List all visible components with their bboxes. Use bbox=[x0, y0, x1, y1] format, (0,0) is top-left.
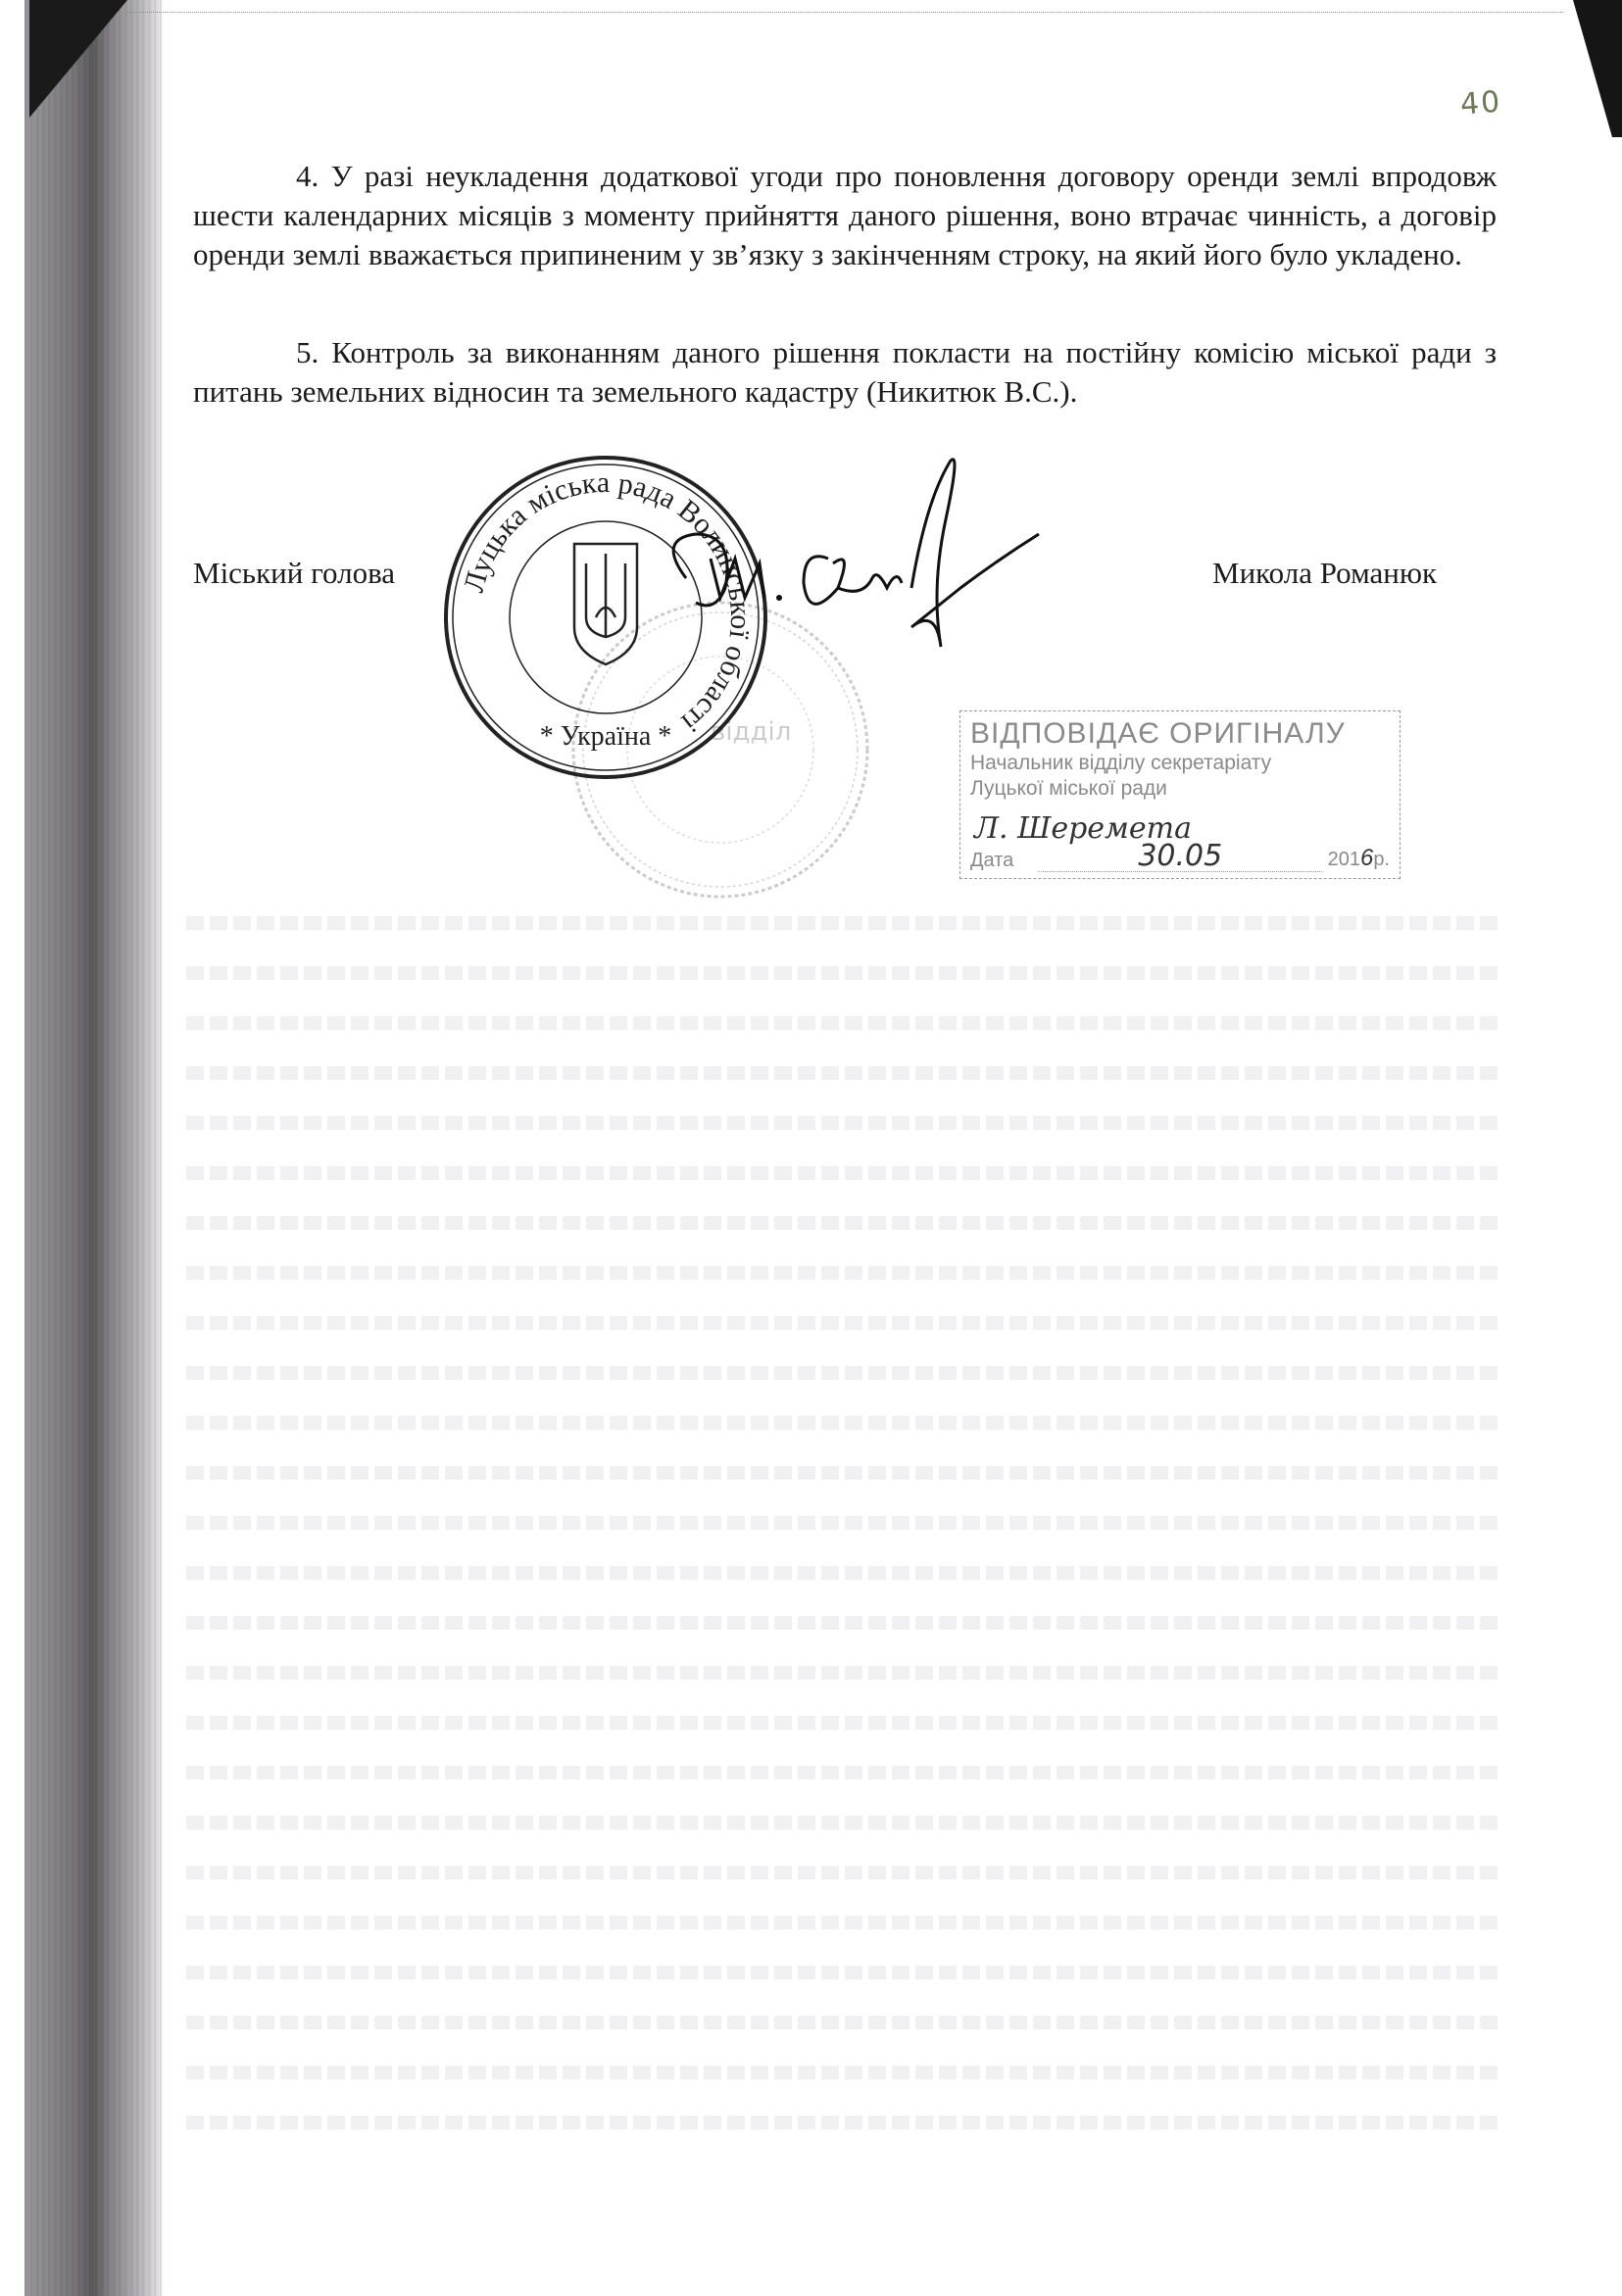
cert-year: 2016р. bbox=[1328, 845, 1390, 872]
cert-date-row: Дата 30.05 2016р. bbox=[970, 842, 1390, 872]
cert-stamp-line-1: Начальник відділу секретаріату bbox=[970, 751, 1390, 776]
cert-stamp-line-2: Луцької міської ради bbox=[970, 776, 1390, 802]
reverse-side-bleed-through bbox=[186, 916, 1499, 2220]
mayor-signature-icon bbox=[666, 441, 1137, 706]
paragraph-5-text: 5. Контроль за виконанням даного рішення… bbox=[193, 333, 1497, 412]
paragraph-5: 5. Контроль за виконанням даного рішення… bbox=[193, 333, 1497, 412]
handwritten-page-number: 40 bbox=[1459, 85, 1503, 122]
scan-top-rule bbox=[127, 12, 1563, 14]
signatory-name: Микола Романюк bbox=[1212, 556, 1437, 591]
cert-year-handwritten: 6 bbox=[1360, 845, 1373, 871]
paragraph-4: 4. У разі неукладення додаткової угоди п… bbox=[193, 157, 1497, 274]
paragraph-4-text: 4. У разі неукладення додаткової угоди п… bbox=[193, 157, 1497, 274]
cert-date-value: 30.05 bbox=[1039, 842, 1322, 872]
cert-stamp-title: ВІДПОВІДАЄ ОРИГІНАЛУ bbox=[970, 717, 1390, 751]
scanner-corner-top-right bbox=[1573, 0, 1622, 137]
certified-copy-stamp: ВІДПОВІДАЄ ОРИГІНАЛУ Начальник відділу с… bbox=[959, 710, 1401, 879]
cert-year-prefix: 201 bbox=[1328, 849, 1360, 870]
seal-bottom-text: * Україна * bbox=[540, 721, 672, 752]
signatory-title: Міський голова bbox=[193, 556, 395, 591]
cert-date-label: Дата bbox=[970, 850, 1039, 872]
cert-year-suffix: р. bbox=[1373, 849, 1390, 870]
scanner-edge-shadow bbox=[25, 0, 162, 2296]
